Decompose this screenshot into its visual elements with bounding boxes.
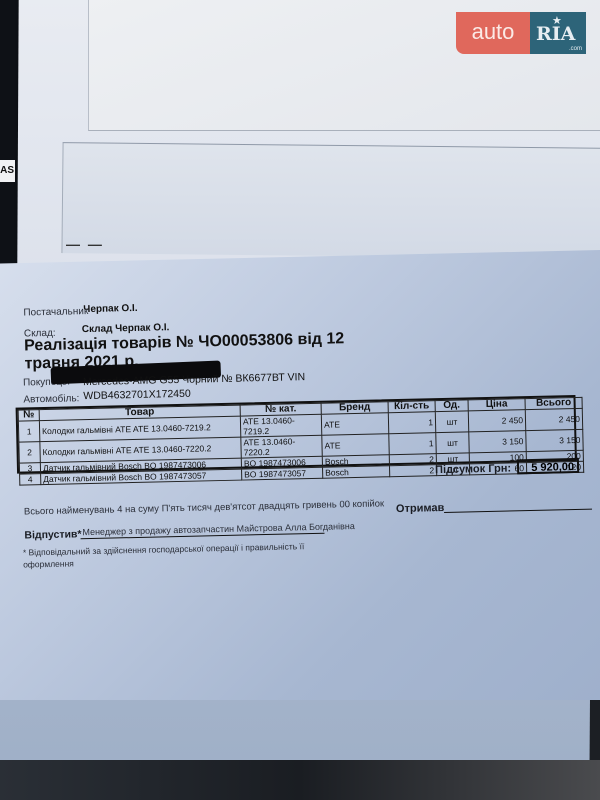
row-qty: 1 [388,412,435,434]
row-catalog: BO 1987473057 [242,467,323,480]
row-catalog: ATE 13.0460-7219.2 [240,414,321,437]
warehouse-value: Склад Черпак О.І. [82,322,170,335]
car-label: Автомобіль: [23,393,79,405]
row-brand: ATE [322,434,389,457]
supplier-label: Постачальник [23,306,88,318]
row-catalog: ATE 13.0460-7220.2 [241,435,322,458]
watermark-com-text: .com [569,46,582,52]
background-paper-middle [61,142,600,259]
row-unit: шт [435,411,468,433]
background-dash-marks: — — [66,236,104,252]
footnote-line2: оформлення [23,558,74,569]
row-qty: 2 [389,454,436,466]
row-no: 4 [20,474,41,485]
watermark-auto-text: auto [456,12,530,54]
background-label-tag: AS [0,160,15,182]
row-total: 3 150 [526,429,583,451]
row-total: 2 450 [525,408,582,430]
row-brand: Bosch [323,466,390,479]
released-label: Відпустив* [24,528,81,541]
autoria-watermark: auto ★ RIA .com [456,12,586,54]
subtotal-value: 5 920,00 [517,458,579,474]
row-qty: 1 [389,433,436,455]
received-signature-line [444,509,592,513]
invoice-document: Постачальник Черпак О.І. Склад: Склад Че… [0,250,600,700]
header-no: № [18,410,39,421]
row-unit: шт [436,432,469,454]
row-price: 2 450 [468,410,525,432]
watermark-ria-block: ★ RIA .com [530,12,586,54]
row-price: 3 150 [469,431,526,453]
row-qty: 2 [389,465,436,477]
row-brand: ATE [321,413,388,436]
car-line2: WDB4632701X172450 [83,388,191,402]
header-unit: Од. [435,400,468,412]
footnote-line1: * Відповідальний за здійснення господарс… [23,541,305,557]
background-floor [0,760,600,800]
header-qty: Кіл-сть [388,401,435,413]
received-label: Отримав [396,502,445,515]
row-no: 2 [19,442,40,463]
row-no: 1 [18,421,39,442]
sum-in-words: Всього найменувань 4 на суму П'ять тисяч… [24,498,384,517]
watermark-ria-text: RIA [536,23,575,45]
document-title-line1: Реалізація товарів № ЧО00053806 від 12 [24,330,344,355]
subtotal-label: Підсумок Грн: [435,462,511,476]
supplier-value: Черпак О.І. [83,303,137,315]
row-no: 3 [19,463,40,474]
